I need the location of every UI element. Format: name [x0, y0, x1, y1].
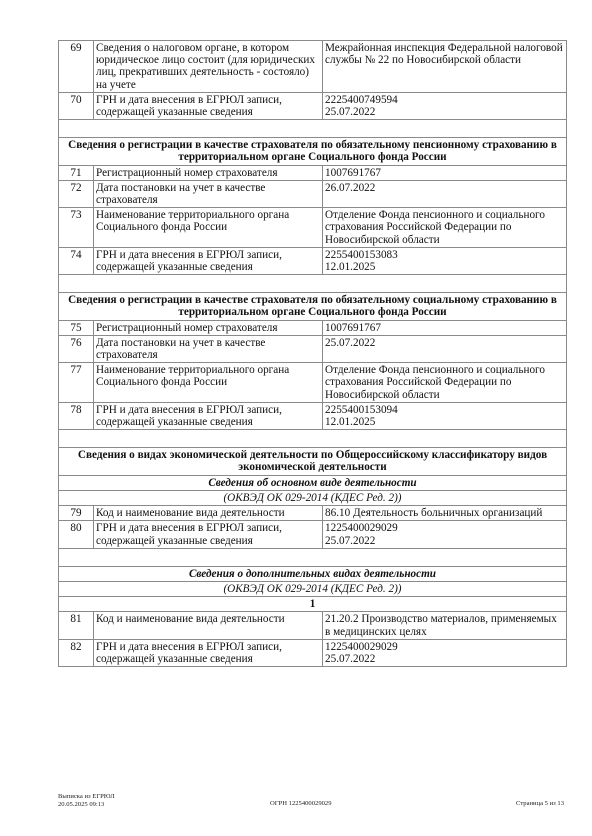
row-label: Наименование территориального органа Соц…	[94, 208, 323, 248]
classifier-label: (ОКВЭД ОК 029-2014 (КДЕС Ред. 2))	[59, 581, 567, 596]
section-header-okved: Сведения о видах экономической деятельно…	[59, 448, 567, 475]
row-value: 225540015309412.01.2025	[323, 402, 567, 429]
activity-index: 1	[59, 597, 567, 612]
footer-doc-title: Выписка из ЕГРЮЛ	[58, 793, 115, 801]
row-number: 76	[59, 335, 94, 362]
row-label: Код и наименование вида деятельности	[94, 506, 323, 521]
row-value: Межрайонная инспекция Федеральной налого…	[323, 41, 567, 93]
row-number: 80	[59, 521, 94, 548]
section-title: Сведения о регистрации в качестве страхо…	[59, 293, 567, 320]
table-row: 70 ГРН и дата внесения в ЕГРЮЛ записи, с…	[59, 92, 567, 119]
table-row: 71 Регистрационный номер страхователя 10…	[59, 165, 567, 180]
table-row: 82 ГРН и дата внесения в ЕГРЮЛ записи, с…	[59, 639, 567, 666]
row-number: 71	[59, 165, 94, 180]
row-number: 70	[59, 92, 94, 119]
row-number: 75	[59, 320, 94, 335]
spacer-row	[59, 275, 567, 293]
row-value: Отделение Фонда пенсионного и социальног…	[323, 363, 567, 403]
subsection-title: Сведения о дополнительных видах деятельн…	[59, 566, 567, 581]
row-value: 122540002902925.07.2022	[323, 639, 567, 666]
row-label: Наименование территориального органа Соц…	[94, 363, 323, 403]
section-title: Сведения о видах экономической деятельно…	[59, 448, 567, 475]
subsection-header-additional-activities: Сведения о дополнительных видах деятельн…	[59, 566, 567, 581]
subsection-title: Сведения об основном виде деятельности	[59, 475, 567, 490]
row-number: 81	[59, 612, 94, 639]
table-row: 75 Регистрационный номер страхователя 10…	[59, 320, 567, 335]
egrul-table: 69 Сведения о налоговом органе, в которо…	[58, 40, 567, 667]
row-label: ГРН и дата внесения в ЕГРЮЛ записи, соде…	[94, 521, 323, 548]
classifier-label: (ОКВЭД ОК 029-2014 (КДЕС Ред. 2))	[59, 490, 567, 505]
table-row: 73 Наименование территориального органа …	[59, 208, 567, 248]
row-label: Регистрационный номер страхователя	[94, 320, 323, 335]
row-value: 21.20.2 Производство материалов, применя…	[323, 612, 567, 639]
row-number: 73	[59, 208, 94, 248]
section-header-social: Сведения о регистрации в качестве страхо…	[59, 293, 567, 320]
table-row: 81 Код и наименование вида деятельности …	[59, 612, 567, 639]
footer-ogrn: ОГРН 1225400029029	[270, 800, 332, 808]
row-value: 25.07.2022	[323, 335, 567, 362]
table-row: 76 Дата постановки на учет в качестве ст…	[59, 335, 567, 362]
table-row: 79 Код и наименование вида деятельности …	[59, 506, 567, 521]
row-label: ГРН и дата внесения в ЕГРЮЛ записи, соде…	[94, 92, 323, 119]
row-value: 122540002902925.07.2022	[323, 521, 567, 548]
table-row: 78 ГРН и дата внесения в ЕГРЮЛ записи, с…	[59, 402, 567, 429]
spacer-row	[59, 430, 567, 448]
row-label: Регистрационный номер страхователя	[94, 165, 323, 180]
row-number: 77	[59, 363, 94, 403]
spacer-row	[59, 548, 567, 566]
row-number: 72	[59, 180, 94, 207]
row-number: 69	[59, 41, 94, 93]
row-label: ГРН и дата внесения в ЕГРЮЛ записи, соде…	[94, 402, 323, 429]
section-title: Сведения о регистрации в качестве страхо…	[59, 138, 567, 165]
table-row: 80 ГРН и дата внесения в ЕГРЮЛ записи, с…	[59, 521, 567, 548]
row-label: Дата постановки на учет в качестве страх…	[94, 180, 323, 207]
row-label: ГРН и дата внесения в ЕГРЮЛ записи, соде…	[94, 247, 323, 274]
document-page: 69 Сведения о налоговом органе, в которо…	[0, 0, 592, 836]
table-row: 77 Наименование территориального органа …	[59, 363, 567, 403]
row-number: 79	[59, 506, 94, 521]
footer-datetime: 20.05.2025 09:13	[58, 801, 115, 809]
row-value: 1007691767	[323, 320, 567, 335]
classifier-row: (ОКВЭД ОК 029-2014 (КДЕС Ред. 2))	[59, 490, 567, 505]
row-value: 86.10 Деятельность больничных организаци…	[323, 506, 567, 521]
row-value: 225540015308312.01.2025	[323, 247, 567, 274]
footer-doc-info: Выписка из ЕГРЮЛ 20.05.2025 09:13	[58, 793, 115, 808]
section-header-pension: Сведения о регистрации в качестве страхо…	[59, 138, 567, 165]
row-label: Дата постановки на учет в качестве страх…	[94, 335, 323, 362]
row-number: 82	[59, 639, 94, 666]
row-label: ГРН и дата внесения в ЕГРЮЛ записи, соде…	[94, 639, 323, 666]
table-row: 74 ГРН и дата внесения в ЕГРЮЛ записи, с…	[59, 247, 567, 274]
row-value: 1007691767	[323, 165, 567, 180]
row-label: Код и наименование вида деятельности	[94, 612, 323, 639]
table-row: 69 Сведения о налоговом органе, в которо…	[59, 41, 567, 93]
row-number: 74	[59, 247, 94, 274]
row-value: 222540074959425.07.2022	[323, 92, 567, 119]
row-value: 26.07.2022	[323, 180, 567, 207]
table-row: 72 Дата постановки на учет в качестве ст…	[59, 180, 567, 207]
classifier-row: (ОКВЭД ОК 029-2014 (КДЕС Ред. 2))	[59, 581, 567, 596]
row-number: 78	[59, 402, 94, 429]
row-label: Сведения о налоговом органе, в котором ю…	[94, 41, 323, 93]
row-value: Отделение Фонда пенсионного и социальног…	[323, 208, 567, 248]
spacer-row	[59, 120, 567, 138]
footer-page-number: Страница 5 из 13	[516, 800, 564, 808]
subsection-header-main-activity: Сведения об основном виде деятельности	[59, 475, 567, 490]
index-row: 1	[59, 597, 567, 612]
